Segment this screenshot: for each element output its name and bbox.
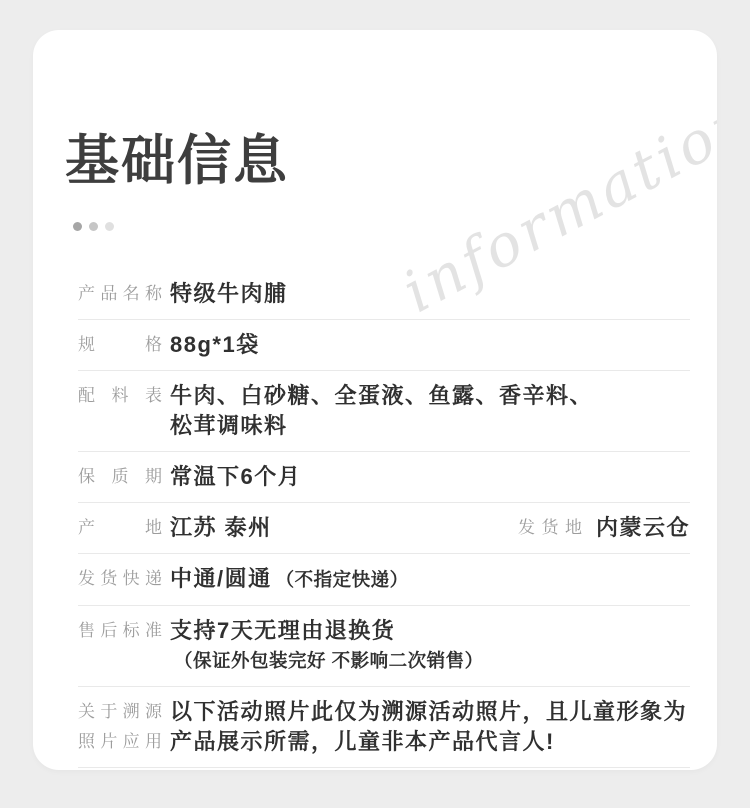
dot [89, 222, 98, 231]
table-cell-main: 产地 江苏 泰州 [78, 513, 518, 543]
table-row: 规格 88g*1袋 [78, 320, 690, 371]
row-note: （保证外包装完好 不影响二次销售） [174, 650, 484, 671]
table-cell-main: 产品名称 特级牛肉脯 [78, 279, 690, 309]
row-label: 发货快递 [78, 564, 162, 594]
row-note: （不指定快递） [276, 569, 409, 590]
row-label: 配料表 [78, 381, 162, 411]
table-cell-main: 规格 88g*1袋 [78, 330, 690, 360]
table-row: 售后标准 支持7天无理由退换货（保证外包装完好 不影响二次销售） [78, 606, 690, 687]
row-label: 规格 [78, 330, 162, 360]
row-value: 江苏 泰州 [170, 515, 272, 540]
table-row: 产地 江苏 泰州 发货地 内蒙云仓 [78, 503, 690, 554]
table-row: 产品名称 特级牛肉脯 [78, 269, 690, 320]
row-value-wrap: 以下活动照片此仅为溯源活动照片，且儿童形象为 产品展示所需，儿童非本产品代言人! [170, 697, 690, 757]
row-value: 特级牛肉脯 [170, 281, 288, 306]
table-row: 保质期 常温下6个月 [78, 452, 690, 503]
card-content: 基础信息 产品名称 特级牛肉脯 规格 88g*1袋 配料表 牛肉、白砂糖、全蛋液… [33, 30, 717, 770]
row-value-wrap: 88g*1袋 [170, 330, 690, 360]
row-value-wrap: 支持7天无理由退换货（保证外包装完好 不影响二次销售） [170, 616, 690, 676]
row-value: 支持7天无理由退换货 [170, 618, 395, 643]
row-value: 88g*1袋 [170, 332, 260, 357]
row-value-wrap: 中通/圆通（不指定快递） [170, 564, 690, 595]
page-title: 基础信息 [65, 30, 690, 190]
row-label: 关于溯源照片应用 [78, 697, 162, 757]
basic-info-card: information 基础信息 产品名称 特级牛肉脯 规格 88g*1袋 配料… [33, 30, 717, 770]
row-label-secondary: 发货地 [518, 513, 582, 543]
dot [105, 222, 114, 231]
table-cell-main: 售后标准 支持7天无理由退换货（保证外包装完好 不影响二次销售） [78, 616, 690, 676]
info-table: 产品名称 特级牛肉脯 规格 88g*1袋 配料表 牛肉、白砂糖、全蛋液、鱼露、香… [78, 269, 690, 768]
dot [73, 222, 82, 231]
table-cell-main: 保质期 常温下6个月 [78, 462, 690, 492]
table-row: 关于溯源照片应用 以下活动照片此仅为溯源活动照片，且儿童形象为 产品展示所需，儿… [78, 687, 690, 768]
table-row: 配料表 牛肉、白砂糖、全蛋液、鱼露、香辛料、 松茸调味料 [78, 371, 690, 452]
row-value: 牛肉、白砂糖、全蛋液、鱼露、香辛料、 松茸调味料 [170, 383, 593, 438]
row-value: 常温下6个月 [170, 464, 301, 489]
row-label: 保质期 [78, 462, 162, 492]
row-label: 售后标准 [78, 616, 162, 646]
dots-decoration [73, 222, 690, 231]
row-value-secondary: 内蒙云仓 [596, 513, 690, 543]
row-label: 产地 [78, 513, 162, 543]
row-value-wrap: 特级牛肉脯 [170, 279, 690, 309]
row-label: 产品名称 [78, 279, 162, 309]
row-value-wrap: 江苏 泰州 [170, 513, 390, 543]
row-value-wrap: 牛肉、白砂糖、全蛋液、鱼露、香辛料、 松茸调味料 [170, 381, 690, 441]
table-cell-main: 配料表 牛肉、白砂糖、全蛋液、鱼露、香辛料、 松茸调味料 [78, 381, 690, 441]
table-row: 发货快递 中通/圆通（不指定快递） [78, 554, 690, 606]
table-cell-main: 关于溯源照片应用 以下活动照片此仅为溯源活动照片，且儿童形象为 产品展示所需，儿… [78, 697, 690, 757]
table-cell-main: 发货快递 中通/圆通（不指定快递） [78, 564, 690, 595]
table-cell-secondary: 发货地 内蒙云仓 [518, 513, 690, 543]
row-value: 以下活动照片此仅为溯源活动照片，且儿童形象为 产品展示所需，儿童非本产品代言人! [170, 699, 687, 754]
row-value-wrap: 常温下6个月 [170, 462, 690, 492]
row-value: 中通/圆通 [170, 566, 272, 591]
